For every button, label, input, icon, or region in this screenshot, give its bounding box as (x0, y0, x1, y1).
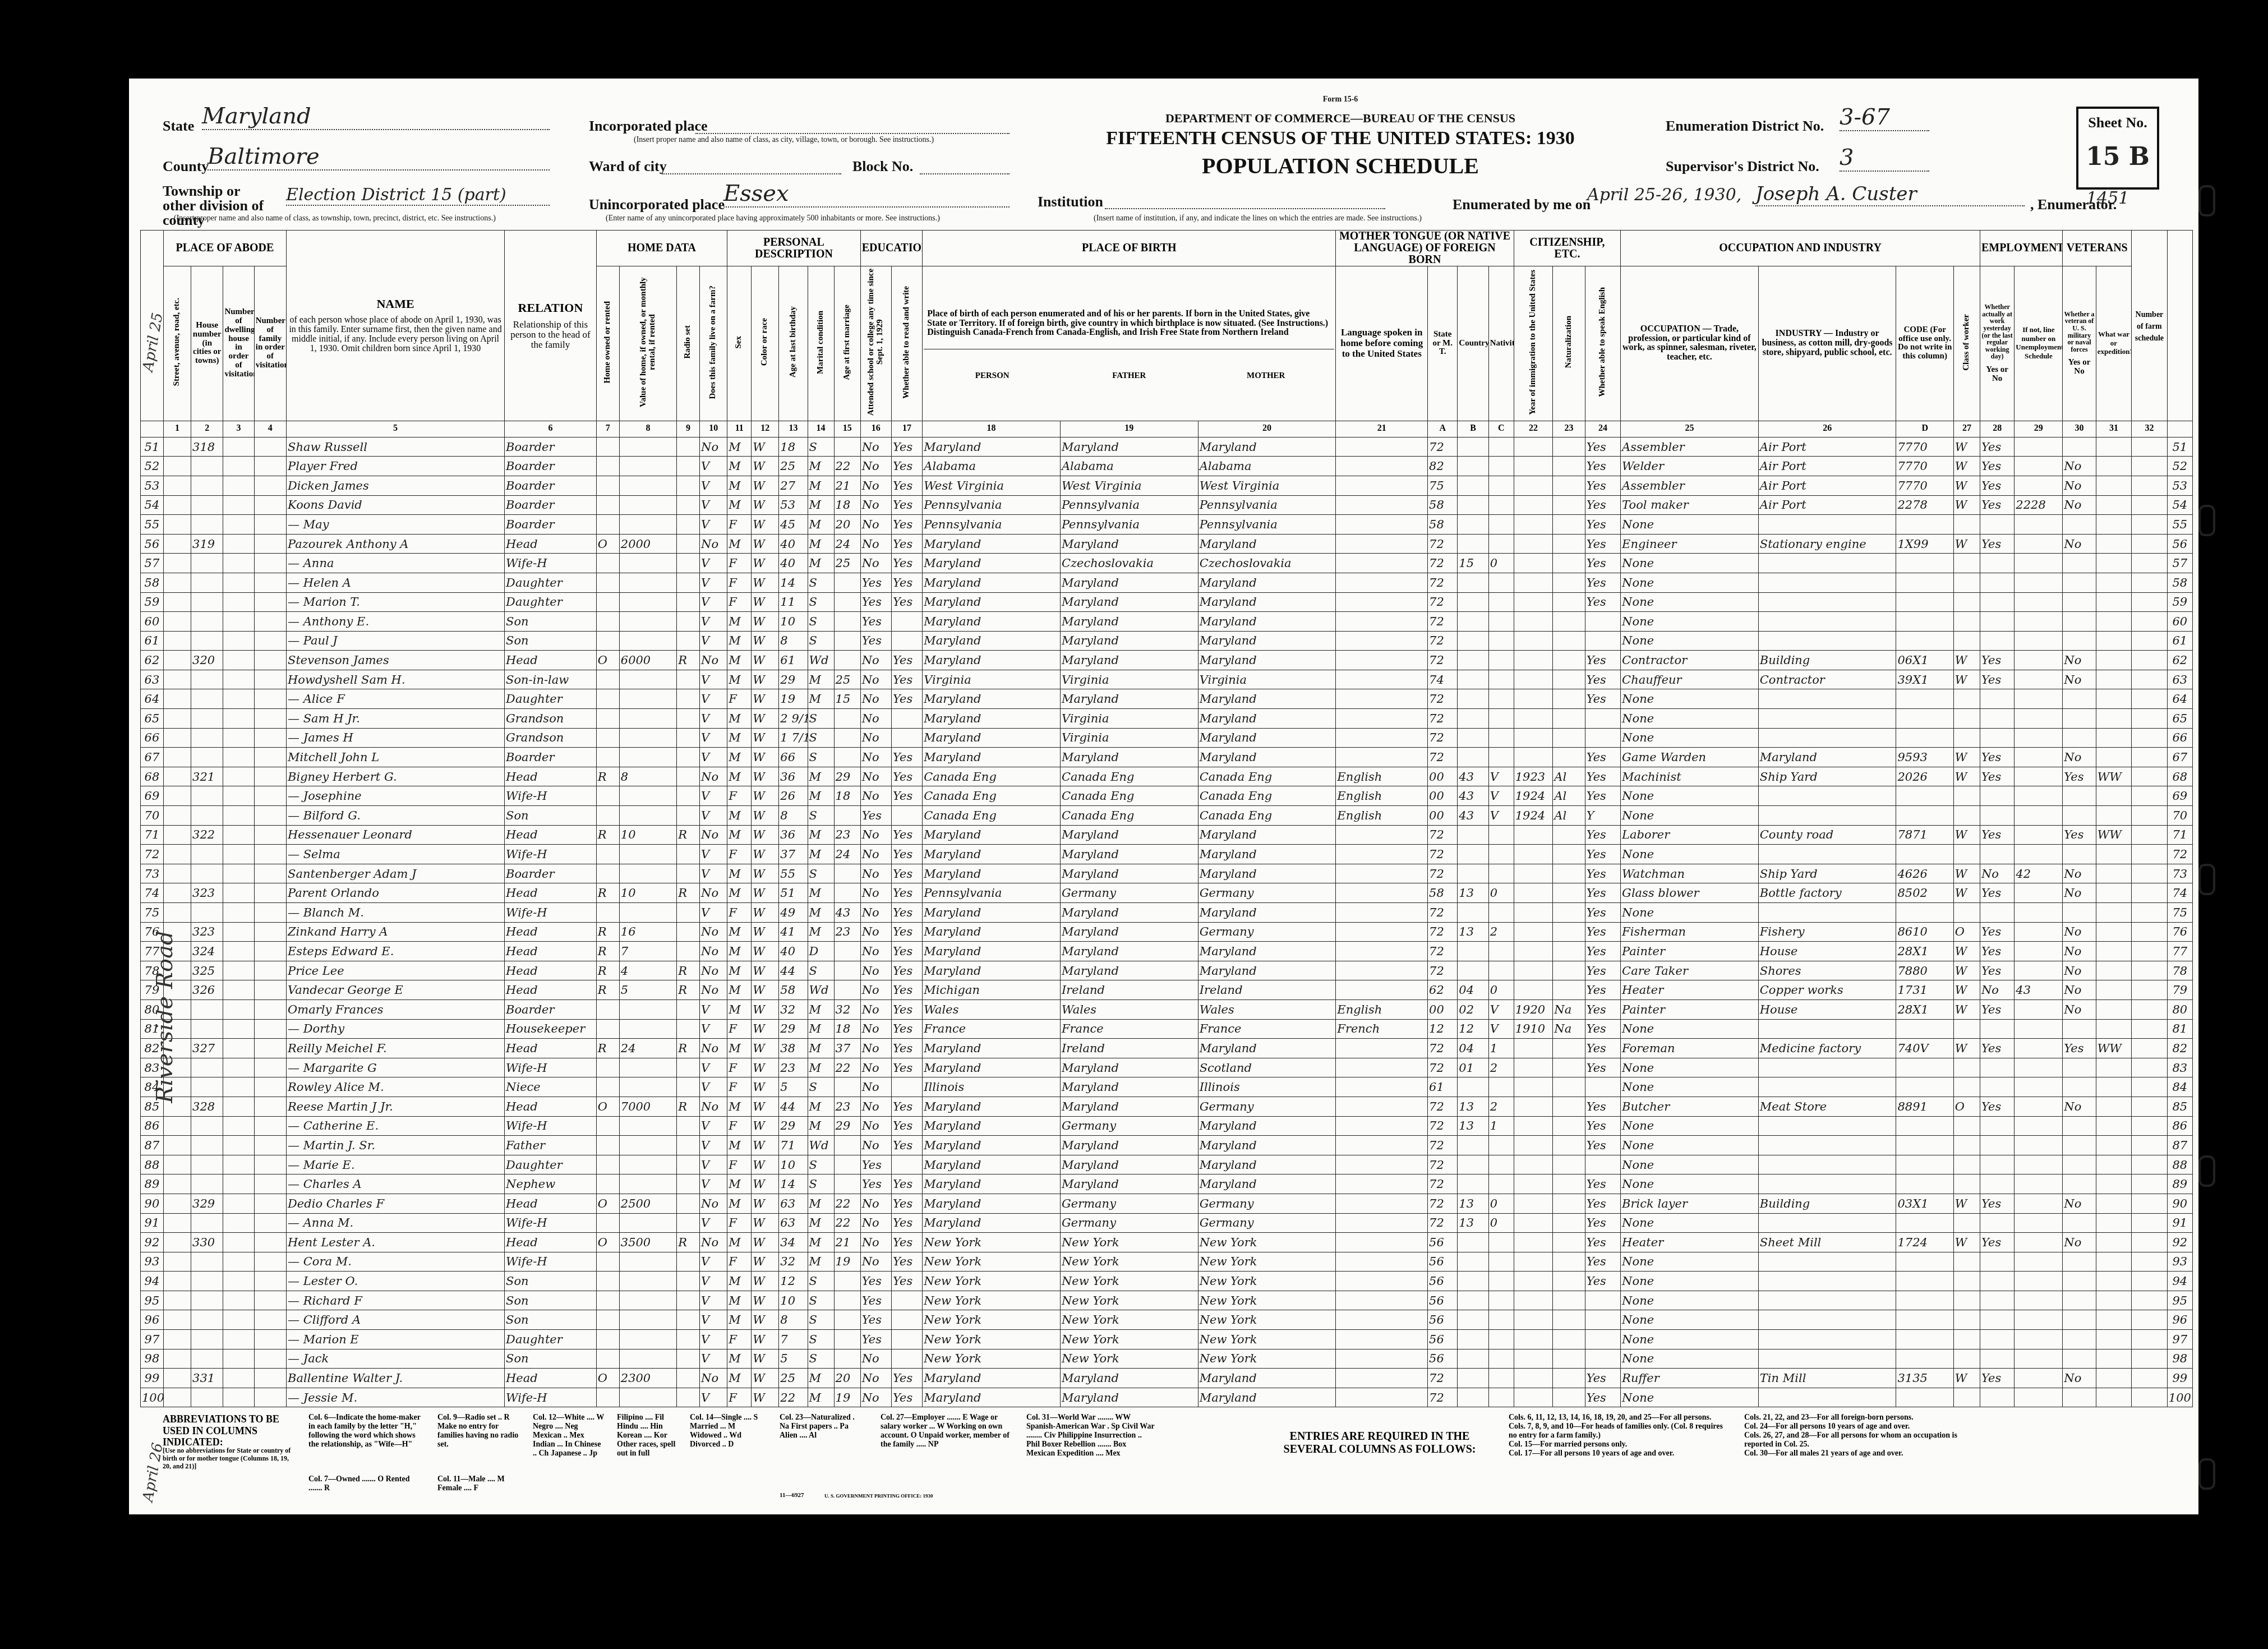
code-b: 15 (1458, 554, 1488, 573)
veteran (2063, 1116, 2096, 1136)
occupation-code (1896, 709, 1953, 729)
birthplace-person: Maryland (923, 1194, 1061, 1213)
lives-on-farm: No (700, 942, 727, 961)
sex: M (727, 495, 752, 515)
naturalization (1553, 903, 1585, 923)
employed (1980, 515, 2014, 535)
line-number: 81 (2167, 1019, 2192, 1039)
header-col-22: Year of immigration to the United States (1514, 266, 1553, 421)
binder-hole (2198, 864, 2215, 895)
lives-on-farm: V (700, 592, 727, 612)
table-row: 76323Zinkand Harry AHeadR16NoMW41M23NoYe… (141, 922, 2193, 942)
dwelling-visit (223, 1291, 254, 1310)
code-c (1488, 1252, 1514, 1272)
unemployment-line (2015, 457, 2063, 476)
table-row: 67Mitchell John LBoarderVMW66SNoYesMaryl… (141, 748, 2193, 767)
farm-schedule (2132, 806, 2167, 826)
code-a: 72 (1428, 651, 1458, 670)
speaks-english: Yes (1585, 457, 1620, 476)
employment-note: Whether actually at work yesterday (or t… (1981, 303, 2013, 360)
family-visit (254, 806, 286, 826)
farm-schedule (2132, 1077, 2167, 1097)
column-number-row: 123456789101112131415161718192021ABC2223… (141, 421, 2193, 437)
occupation: Painter (1621, 942, 1759, 961)
dwelling-visit (223, 534, 254, 554)
naturalization (1553, 1330, 1585, 1349)
mother-tongue (1336, 748, 1428, 767)
code-c (1488, 1233, 1514, 1252)
birthplace-father: New York (1060, 1330, 1198, 1349)
employed: Yes (1980, 670, 2014, 689)
mother-tongue (1336, 689, 1428, 709)
farm-schedule (2132, 1310, 2167, 1330)
read-write: Yes (891, 554, 922, 573)
lives-on-farm: V (700, 495, 727, 515)
farm-schedule-header: Number of farm schedule (2132, 231, 2167, 421)
attended-school: No (860, 1077, 891, 1097)
code-b (1458, 1174, 1488, 1194)
person-name: Ballentine Walter J. (287, 1369, 505, 1388)
dwelling-visit (223, 980, 254, 1000)
dwelling-visit (223, 689, 254, 709)
speaks-english: Yes (1585, 495, 1620, 515)
war-expedition (2096, 786, 2131, 806)
lives-on-farm: V (700, 515, 727, 535)
industry: Bottle factory (1758, 883, 1896, 903)
line-number: 89 (2167, 1174, 2192, 1194)
naturalization (1553, 631, 1585, 651)
age: 40 (779, 554, 808, 573)
read-write (891, 1330, 922, 1349)
mother-tongue (1336, 883, 1428, 903)
race: W (752, 1330, 779, 1349)
code-a: 72 (1428, 1136, 1458, 1155)
veteran (2063, 709, 2096, 729)
industry: Maryland (1758, 748, 1896, 767)
occupation-code: 7880 (1896, 961, 1953, 980)
header-col-23: Naturalization (1553, 266, 1585, 421)
column-number: 29 (2015, 421, 2063, 437)
home-value (619, 670, 676, 689)
employed (1980, 1388, 2014, 1407)
occupation-code (1896, 806, 1953, 826)
class-of-worker (1953, 592, 1980, 612)
immigration-year (1514, 825, 1553, 845)
war-expedition (2096, 1058, 2131, 1077)
age-first-marriage (834, 806, 860, 826)
immigration-year (1514, 1136, 1553, 1155)
column-number: 7 (596, 421, 619, 437)
age-first-marriage: 32 (834, 999, 860, 1019)
family-visit (254, 1174, 286, 1194)
code-c: 0 (1488, 1194, 1514, 1213)
age-first-marriage (834, 961, 860, 980)
header-col-4-text: Number of family in order of visitation (256, 316, 287, 370)
veteran (2063, 437, 2096, 457)
code-c (1488, 709, 1514, 729)
home-owned-rented: O (596, 1194, 619, 1213)
birthplace-mother: Czechoslovakia (1198, 554, 1336, 573)
birthplace-person: Canada Eng (923, 806, 1061, 826)
family-visit (254, 883, 286, 903)
employed (1980, 1174, 2014, 1194)
class-of-worker: W (1953, 942, 1980, 961)
home-value (619, 573, 676, 592)
attended-school: Yes (860, 1330, 891, 1349)
line-number: 94 (141, 1272, 164, 1291)
line-number: 51 (141, 437, 164, 457)
lives-on-farm: No (700, 1194, 727, 1213)
header-col-17-text: Whether able to read and write (902, 286, 911, 399)
home-owned-rented (596, 1291, 619, 1310)
read-write: Yes (891, 1058, 922, 1077)
birthplace-person: Maryland (923, 1097, 1061, 1116)
sheet-value: 15 B (2078, 142, 2157, 171)
street-cell (163, 767, 191, 786)
birthplace-father: Czechoslovakia (1060, 554, 1198, 573)
relation: Head (505, 1233, 597, 1252)
home-owned-rented (596, 495, 619, 515)
age: 25 (779, 457, 808, 476)
section-employment: EMPLOYMENT (1980, 231, 2062, 266)
dwelling-number: 319 (191, 534, 223, 554)
occupation: None (1621, 631, 1759, 651)
dwelling-visit (223, 748, 254, 767)
class-of-worker (1953, 1330, 1980, 1349)
home-value (619, 1252, 676, 1272)
code-a: 72 (1428, 689, 1458, 709)
war-expedition (2096, 1155, 2131, 1174)
person-name: — Sam H Jr. (287, 709, 505, 729)
sex: M (727, 1097, 752, 1116)
age-first-marriage: 24 (834, 845, 860, 864)
mother-tongue (1336, 1155, 1428, 1174)
header-col-25: OCCUPATION — Trade, profession, or parti… (1621, 266, 1759, 421)
mother-tongue (1336, 961, 1428, 980)
mother-tongue (1336, 1058, 1428, 1077)
lives-on-farm: No (700, 1369, 727, 1388)
birthplace-mother: Maryland (1198, 592, 1336, 612)
occupation-code (1896, 592, 1953, 612)
occupation: None (1621, 1174, 1759, 1194)
attended-school: No (860, 534, 891, 554)
employed (1980, 806, 2014, 826)
speaks-english: Yes (1585, 864, 1620, 883)
relation: Father (505, 1136, 597, 1155)
speaks-english (1585, 1155, 1620, 1174)
occupation-code: 06X1 (1896, 651, 1953, 670)
employed (1980, 1310, 2014, 1330)
class-of-worker (1953, 1174, 1980, 1194)
family-visit (254, 476, 286, 495)
age-first-marriage (834, 883, 860, 903)
line-number: 78 (2167, 961, 2192, 980)
birthplace-mother: Germany (1198, 1097, 1336, 1116)
header-col-11-text: Sex (735, 336, 744, 349)
race: W (752, 1039, 779, 1058)
immigration-year (1514, 1039, 1553, 1058)
sex: M (727, 1291, 752, 1310)
person-name: — Charles A (287, 1174, 505, 1194)
occupation-code: 7871 (1896, 825, 1953, 845)
attended-school: No (860, 1058, 891, 1077)
war-expedition (2096, 1194, 2131, 1213)
speaks-english (1585, 1077, 1620, 1097)
read-write: Yes (891, 1194, 922, 1213)
birthplace-father: Canada Eng (1060, 806, 1198, 826)
person-name: Vandecar George E (287, 980, 505, 1000)
family-visit (254, 515, 286, 535)
immigration-year (1514, 1116, 1553, 1136)
attended-school: Yes (860, 631, 891, 651)
attended-school: Yes (860, 1272, 891, 1291)
employed: No (1980, 864, 2014, 883)
column-number: 19 (1060, 421, 1198, 437)
industry: Shores (1758, 961, 1896, 980)
sex: F (727, 1252, 752, 1272)
birthplace-mother: Maryland (1198, 961, 1336, 980)
home-value (619, 1019, 676, 1039)
occupation-code: 9593 (1896, 748, 1953, 767)
lives-on-farm: No (700, 437, 727, 457)
dwelling-number (191, 845, 223, 864)
home-owned-rented (596, 1019, 619, 1039)
attended-school: Yes (860, 573, 891, 592)
person-name: — Dorthy (287, 1019, 505, 1039)
unemployment-line (2015, 806, 2063, 826)
lives-on-farm: V (700, 999, 727, 1019)
farm-schedule (2132, 1388, 2167, 1407)
code-b: 01 (1458, 1058, 1488, 1077)
birthplace-father: Maryland (1060, 845, 1198, 864)
immigration-year (1514, 1155, 1553, 1174)
employed: Yes (1980, 651, 2014, 670)
street-cell (163, 709, 191, 729)
unemployment-line (2015, 999, 2063, 1019)
marital-status: M (808, 786, 834, 806)
marital-status: S (808, 612, 834, 632)
age-first-marriage: 25 (834, 670, 860, 689)
industry: Air Port (1758, 476, 1896, 495)
race: W (752, 825, 779, 845)
veteran: Yes (2063, 767, 2096, 786)
dwelling-number (191, 612, 223, 632)
table-row: 94— Lester O.SonVMW12SYesYesNew YorkNew … (141, 1272, 2193, 1291)
unemployment-line (2015, 1077, 2063, 1097)
mother-tongue: English (1336, 786, 1428, 806)
read-write: Yes (891, 942, 922, 961)
column-number: 22 (1514, 421, 1553, 437)
header-col-14: Marital condition (808, 266, 834, 421)
industry: Air Port (1758, 457, 1896, 476)
industry (1758, 1136, 1896, 1155)
lives-on-farm: V (700, 1272, 727, 1291)
birthplace-father: Virginia (1060, 709, 1198, 729)
person-name: Player Fred (287, 457, 505, 476)
naturalization (1553, 825, 1585, 845)
code-a: 74 (1428, 670, 1458, 689)
line-number: 88 (141, 1155, 164, 1174)
lives-on-farm: V (700, 457, 727, 476)
birthplace-person: Maryland (923, 864, 1061, 883)
age: 8 (779, 1310, 808, 1330)
street-cell (163, 1116, 191, 1136)
column-number (2167, 421, 2192, 437)
code-c (1488, 1369, 1514, 1388)
table-row: 52Player FredBoarderVMW25M22NoYesAlabama… (141, 457, 2193, 476)
employed: Yes (1980, 534, 2014, 554)
race: W (752, 1136, 779, 1155)
age: 8 (779, 806, 808, 826)
line-number: 56 (2167, 534, 2192, 554)
mother-tongue (1336, 670, 1428, 689)
code-c (1488, 1291, 1514, 1310)
birthplace-mother: Maryland (1198, 1155, 1336, 1174)
code-a: 72 (1428, 612, 1458, 632)
war-expedition (2096, 1116, 2131, 1136)
line-number: 63 (141, 670, 164, 689)
dwelling-number (191, 1252, 223, 1272)
unemployment-line (2015, 825, 2063, 845)
birthplace-mother: Maryland (1198, 903, 1336, 923)
table-row: 61— Paul JSonVMW8SYesMarylandMarylandMar… (141, 631, 2193, 651)
birthplace-father: New York (1060, 1310, 1198, 1330)
attended-school: No (860, 437, 891, 457)
dwelling-visit (223, 883, 254, 903)
marital-status: S (808, 806, 834, 826)
dwelling-number (191, 1388, 223, 1407)
dwelling-number (191, 476, 223, 495)
age: 10 (779, 612, 808, 632)
code-a: 72 (1428, 1058, 1458, 1077)
relation: Head (505, 1039, 597, 1058)
veteran (2063, 1349, 2096, 1369)
sex: M (727, 883, 752, 903)
home-value (619, 495, 676, 515)
race: W (752, 1349, 779, 1369)
relation: Boarder (505, 515, 597, 535)
code-b (1458, 961, 1488, 980)
attended-school: No (860, 1252, 891, 1272)
sex: F (727, 1213, 752, 1233)
marital-status: S (808, 437, 834, 457)
family-visit (254, 1058, 286, 1077)
immigration-year (1514, 1310, 1553, 1330)
radio-set (677, 1272, 700, 1291)
farm-schedule (2132, 903, 2167, 923)
table-row: 97— Marion EDaughterVFW7SYesNew YorkNew … (141, 1330, 2193, 1349)
age-first-marriage: 15 (834, 689, 860, 709)
header-col-12: Color or race (752, 266, 779, 421)
marital-status: M (808, 825, 834, 845)
race: W (752, 1077, 779, 1097)
header-col-3-text: Number of dwelling house in order of vis… (224, 307, 254, 378)
birthplace-father: Ireland (1060, 1039, 1198, 1058)
war-expedition (2096, 515, 2131, 535)
immigration-year (1514, 1194, 1553, 1213)
family-visit (254, 961, 286, 980)
relation: Daughter (505, 592, 597, 612)
war-expedition (2096, 1369, 2131, 1388)
line-number: 65 (2167, 709, 2192, 729)
class-of-worker: W (1953, 767, 1980, 786)
sex: M (727, 476, 752, 495)
sex: F (727, 786, 752, 806)
header-birth-cols: Place of birth of each person enumerated… (923, 266, 1336, 421)
lives-on-farm: V (700, 1252, 727, 1272)
header-col-B: Country (1458, 266, 1488, 421)
code-c: V (1488, 767, 1514, 786)
person-name: Santenberger Adam J (287, 864, 505, 883)
marital-status: M (808, 457, 834, 476)
relation: Head (505, 942, 597, 961)
war-expedition (2096, 534, 2131, 554)
occupation: None (1621, 592, 1759, 612)
entries-rule: Cols. 26, 27, and 28—For all persons for… (1744, 1431, 1980, 1449)
class-of-worker: W (1953, 495, 1980, 515)
immigration-year (1514, 592, 1553, 612)
class-of-worker (1953, 806, 1980, 826)
occupation-code: 8891 (1896, 1097, 1953, 1116)
relation-instructions: Relationship of this person to the head … (506, 320, 595, 350)
line-number: 98 (2167, 1349, 2192, 1369)
veteran: No (2063, 942, 2096, 961)
veteran (2063, 1310, 2096, 1330)
naturalization (1553, 534, 1585, 554)
birthplace-person: Maryland (923, 631, 1061, 651)
race: W (752, 1116, 779, 1136)
unemployment-line (2015, 1039, 2063, 1058)
dwelling-visit (223, 825, 254, 845)
class-of-worker (1953, 612, 1980, 632)
mother-tongue (1336, 1116, 1428, 1136)
relation: Head (505, 825, 597, 845)
age: 44 (779, 1097, 808, 1116)
person-name: Omarly Frances (287, 999, 505, 1019)
class-of-worker: O (1953, 1097, 1980, 1116)
farm-schedule (2132, 1349, 2167, 1369)
code-b: 13 (1458, 883, 1488, 903)
entries-rule: Cols. 6, 11, 12, 13, 14, 16, 18, 19, 20,… (1509, 1413, 1733, 1422)
read-write: Yes (891, 1019, 922, 1039)
code-b (1458, 1272, 1488, 1291)
farm-schedule (2132, 999, 2167, 1019)
dwelling-visit (223, 1213, 254, 1233)
lives-on-farm: V (700, 728, 727, 748)
birthplace-mother: Maryland (1198, 534, 1336, 554)
line-number: 58 (141, 573, 164, 592)
employed (1980, 1155, 2014, 1174)
employed (1980, 709, 2014, 729)
farm-schedule (2132, 709, 2167, 729)
home-owned-rented (596, 1116, 619, 1136)
farm-schedule (2132, 1136, 2167, 1155)
code-b: 13 (1458, 922, 1488, 942)
code-b (1458, 495, 1488, 515)
speaks-english: Yes (1585, 1039, 1620, 1058)
mother-tongue (1336, 825, 1428, 845)
occupation: None (1621, 1116, 1759, 1136)
line-number: 90 (2167, 1194, 2192, 1213)
enumerated-date: April 25-26, 1930, (1587, 185, 1741, 205)
industry (1758, 1349, 1896, 1369)
table-row: 85328Reese Martin J Jr.HeadO7000RNoMW44M… (141, 1097, 2193, 1116)
speaks-english: Yes (1585, 1019, 1620, 1039)
birthplace-person: Canada Eng (923, 786, 1061, 806)
age-first-marriage (834, 612, 860, 632)
marital-status: S (808, 631, 834, 651)
occupation: None (1621, 612, 1759, 632)
